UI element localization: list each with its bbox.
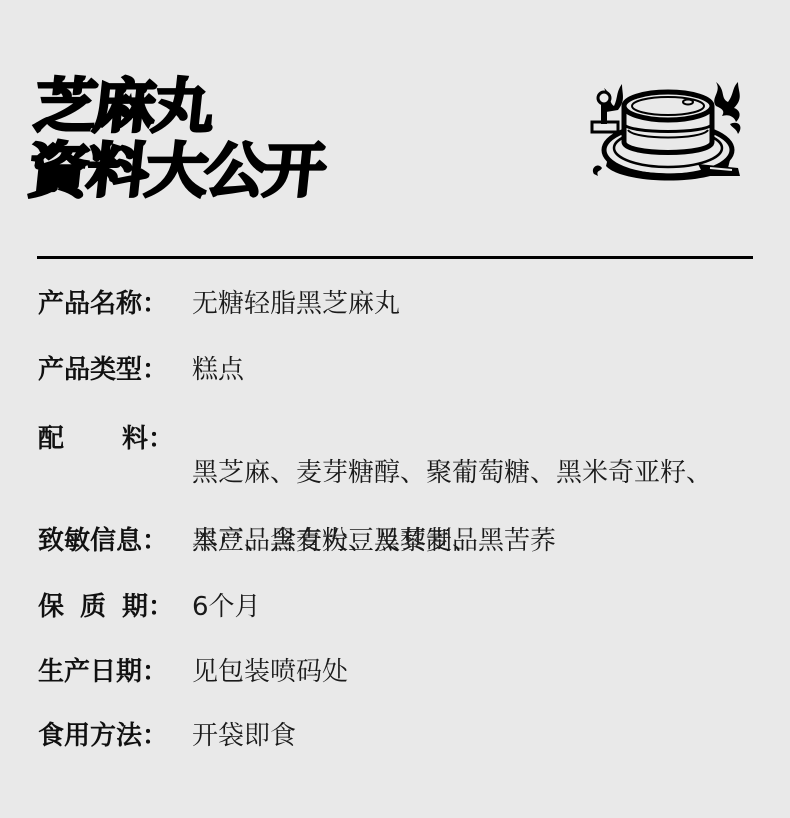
info-label: 产品名称： — [38, 287, 192, 321]
info-value: 开袋即食 — [192, 719, 296, 753]
info-label-char: 期 — [122, 592, 148, 622]
info-value: 本产品含有大豆及其制品 — [192, 524, 478, 558]
info-label: 配 料： — [38, 422, 174, 456]
title-line-2: 資料大公开 — [24, 139, 326, 204]
info-label-char: 料 — [122, 424, 148, 454]
info-label-char: 保 — [38, 590, 64, 624]
info-value: 无糖轻脂黑芝麻丸 — [192, 287, 400, 321]
info-row-allergen: 致敏信息： 本产品含有大豆及其制品 — [38, 524, 478, 558]
info-label-colon: ： — [148, 424, 174, 454]
info-label: 食用方法： — [38, 719, 192, 753]
steaming-pot-icon — [588, 76, 752, 188]
title-line-1: 芝麻丸 — [31, 74, 333, 139]
info-row-usage: 食用方法： 开袋即食 — [38, 719, 296, 753]
info-label-char: 质 — [80, 590, 106, 624]
info-label-colon: ： — [148, 592, 174, 622]
info-label-char: 配 — [38, 422, 64, 456]
info-value: 见包装喷码处 — [192, 655, 348, 689]
info-row-ingredients: 配 料： 黑芝麻、麦芽糖醇、聚葡萄糖、黑米奇亚籽、 黑豆、黑麦粉、黑藜麦、黑苦荞 — [38, 422, 712, 592]
divider — [37, 256, 753, 259]
info-value-line-1: 黑芝麻、麦芽糖醇、聚葡萄糖、黑米奇亚籽、 — [192, 456, 712, 490]
info-value: 6个月 — [192, 590, 261, 624]
info-value: 糕点 — [192, 353, 244, 387]
info-label: 保 质 期： — [38, 590, 174, 624]
info-value: 黑芝麻、麦芽糖醇、聚葡萄糖、黑米奇亚籽、 黑豆、黑麦粉、黑藜麦、黑苦荞 — [192, 422, 712, 592]
info-row-product-name: 产品名称： 无糖轻脂黑芝麻丸 — [38, 287, 400, 321]
info-row-product-type: 产品类型： 糕点 — [38, 353, 244, 387]
info-label: 产品类型： — [38, 353, 192, 387]
page-title: 芝麻丸 資料大公开 — [24, 74, 333, 203]
info-row-production-date: 生产日期： 见包装喷码处 — [38, 655, 348, 689]
info-row-shelf-life: 保 质 期： 6个月 — [38, 590, 261, 624]
info-label: 生产日期： — [38, 655, 192, 689]
info-label: 致敏信息： — [38, 524, 192, 558]
